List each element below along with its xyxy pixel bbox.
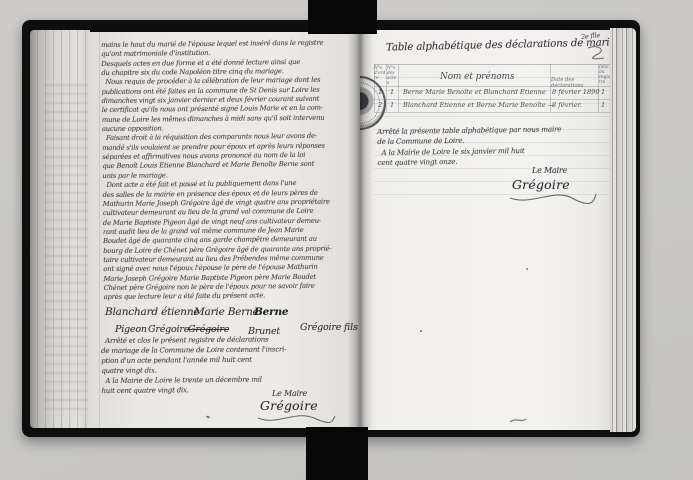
margin-rule	[99, 32, 100, 428]
signature-name: Blanchard étienne	[105, 306, 199, 318]
page-title: Table alphabétique des déclarations de m…	[386, 37, 606, 54]
cradle-clamp-bottom	[306, 427, 368, 480]
handwritten-line: cent quatre vingt onze.	[377, 155, 609, 169]
mayor-signature: Grégoire	[260, 398, 318, 413]
cell-acte: 1	[390, 101, 394, 109]
photo-background: mains le haut du marié de l'épouse leque…	[0, 0, 693, 480]
mayor-signature: Grégoire	[512, 177, 570, 192]
signoff-role: Le Maire	[272, 389, 307, 398]
column-header-folio: folio du registre	[599, 65, 610, 85]
signature-name: Berne	[254, 306, 288, 318]
cell-acte: 1	[390, 88, 394, 96]
signature-name-struck: Grégoire	[188, 324, 229, 335]
cell-order: 1	[378, 88, 382, 96]
signature-name: Grégoire	[148, 324, 189, 335]
cell-date: 8 février 1890	[552, 88, 600, 96]
table-attestation-paragraph: Arrêté la présente table alphabétique pa…	[377, 124, 610, 168]
signature-flourish-icon	[256, 412, 336, 424]
signature-name: Grégoire fils	[300, 322, 358, 333]
title-flourish-icon	[586, 44, 608, 60]
right-page-edge-stack	[610, 28, 636, 432]
left-page: mains le haut du marié de l'épouse leque…	[88, 32, 360, 428]
table-rule	[398, 64, 399, 112]
cell-folio: 1	[601, 88, 605, 96]
table-rule	[374, 112, 610, 113]
column-header-name: Nom et prénoms	[440, 72, 515, 82]
left-page-edge-stack	[30, 30, 90, 428]
ink-speck	[206, 415, 210, 418]
signature-name: Pigeon	[115, 324, 147, 335]
column-header-order: N°s d'ordre	[374, 66, 386, 81]
ink-speck	[526, 268, 528, 270]
cell-folio: 1	[601, 101, 605, 109]
handwritten-line: après que lecture leur a été faite du pr…	[104, 291, 358, 303]
signature-name: Marie Berne	[194, 306, 259, 318]
table-rule	[374, 99, 610, 100]
cell-name: Berne Marie Benoîte et Blanchard Etienne	[403, 88, 549, 96]
handwritten-line: huit cent quatre vingt dix.	[101, 384, 355, 396]
cell-name: Blanchard Etienne et Berne Marie Benoîte…	[403, 101, 549, 109]
register-book-cover: mains le haut du marié de l'épouse leque…	[22, 20, 640, 437]
cell-order: 2	[378, 101, 382, 109]
marriage-act-paragraph: mains le haut du marié de l'épouse leque…	[101, 38, 358, 302]
column-header-acte: N°s des actes	[387, 66, 398, 86]
signoff-role: Le Maire	[532, 166, 567, 175]
table-rule	[374, 64, 610, 65]
cell-date: 8 février.	[552, 101, 582, 109]
register-closing-paragraph: Arrêté et clos le présent registre de dé…	[101, 334, 356, 396]
signature-flourish-icon	[508, 191, 598, 205]
ink-speck	[420, 330, 422, 332]
right-page: 2e flle Table alphabétique des déclarati…	[360, 30, 610, 430]
cradle-clamp-top	[308, 0, 377, 34]
ink-smudge-icon	[508, 416, 528, 424]
ghost-text-bleedthrough	[44, 84, 88, 414]
